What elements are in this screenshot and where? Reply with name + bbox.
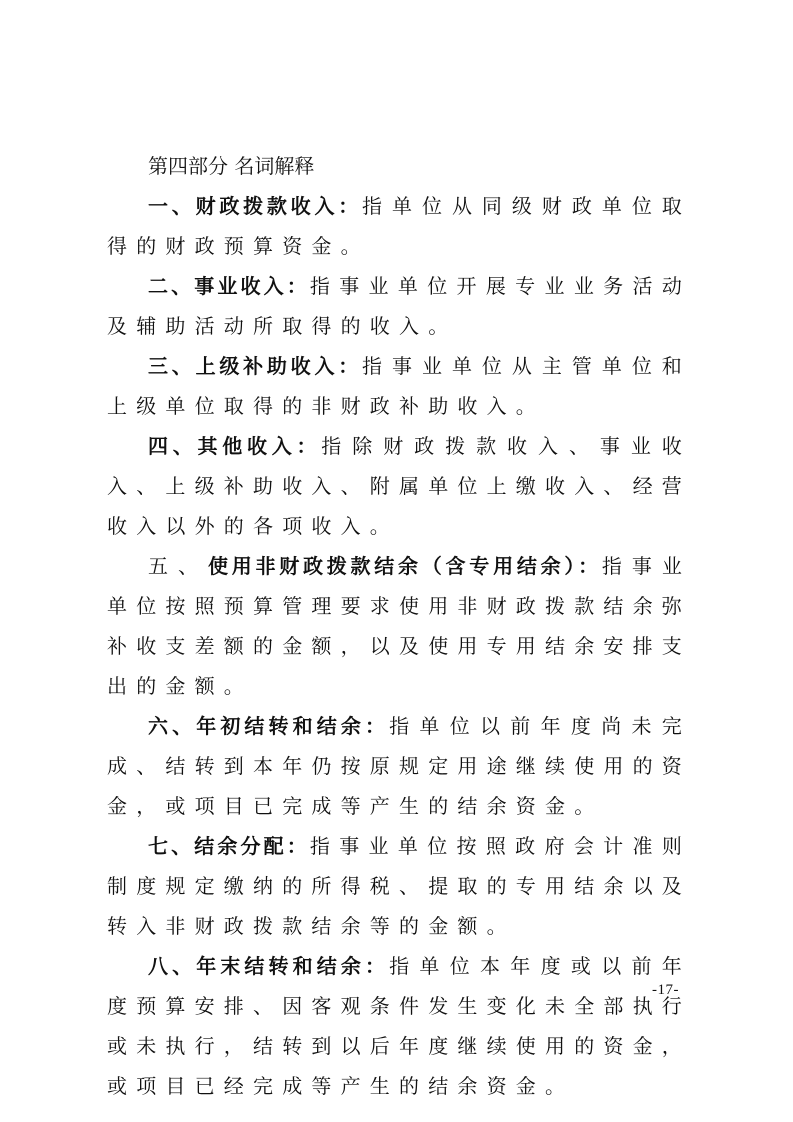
definition-entry-5: 五、使用非财政拨款结余（含专用结余）：指事业单位按照预算管理要求使用非财政拨款结… [107, 546, 691, 706]
entry-number: 五、 [148, 554, 208, 578]
entry-number: 七、 [148, 834, 194, 858]
entry-term: 结余分配： [194, 834, 310, 858]
entry-term: 年末结转和结余： [196, 954, 389, 978]
document-page: 第四部分 名词解释 一、财政拨款收入：指单位从同级财政单位取得的财政预算资金。 … [107, 146, 691, 1106]
definition-entry-4: 四、其他收入：指除财政拨款收入、事业收入、上级补助收入、附属单位上缴收入、经营收… [107, 426, 691, 546]
section-heading: 第四部分 名词解释 [107, 146, 691, 186]
definition-entry-3: 三、上级补助收入：指事业单位从主管单位和上级单位取得的非财政补助收入。 [107, 346, 691, 426]
page-number: -17- [652, 982, 679, 999]
entry-number: 八、 [148, 954, 196, 978]
entry-term: 年初结转和结余： [196, 714, 389, 738]
definition-entry-8: 八、年末结转和结余：指单位本年度或以前年度预算安排、因客观条件发生变化未全部执行… [107, 946, 691, 1106]
definition-entry-7: 七、结余分配：指事业单位按照政府会计准则制度规定缴纳的所得税、提取的专用结余以及… [107, 826, 691, 946]
entry-number: 一、 [148, 194, 196, 218]
definition-entry-1: 一、财政拨款收入：指单位从同级财政单位取得的财政预算资金。 [107, 186, 691, 266]
entry-term: 使用非财政拨款结余（含专用结余）： [208, 554, 602, 578]
entry-term: 其他收入： [198, 434, 322, 458]
definition-entry-6: 六、年初结转和结余：指单位以前年度尚未完成、结转到本年仍按原规定用途继续使用的资… [107, 706, 691, 826]
entry-term: 事业收入： [194, 274, 310, 298]
definition-entry-2: 二、事业收入：指事业单位开展专业业务活动及辅助活动所取得的收入。 [107, 266, 691, 346]
entry-term: 财政拨款收入： [196, 194, 362, 218]
entry-number: 三、 [148, 354, 196, 378]
entry-number: 二、 [148, 274, 194, 298]
entry-term: 上级补助收入： [196, 354, 362, 378]
entry-number: 四、 [148, 434, 198, 458]
entry-number: 六、 [148, 714, 196, 738]
